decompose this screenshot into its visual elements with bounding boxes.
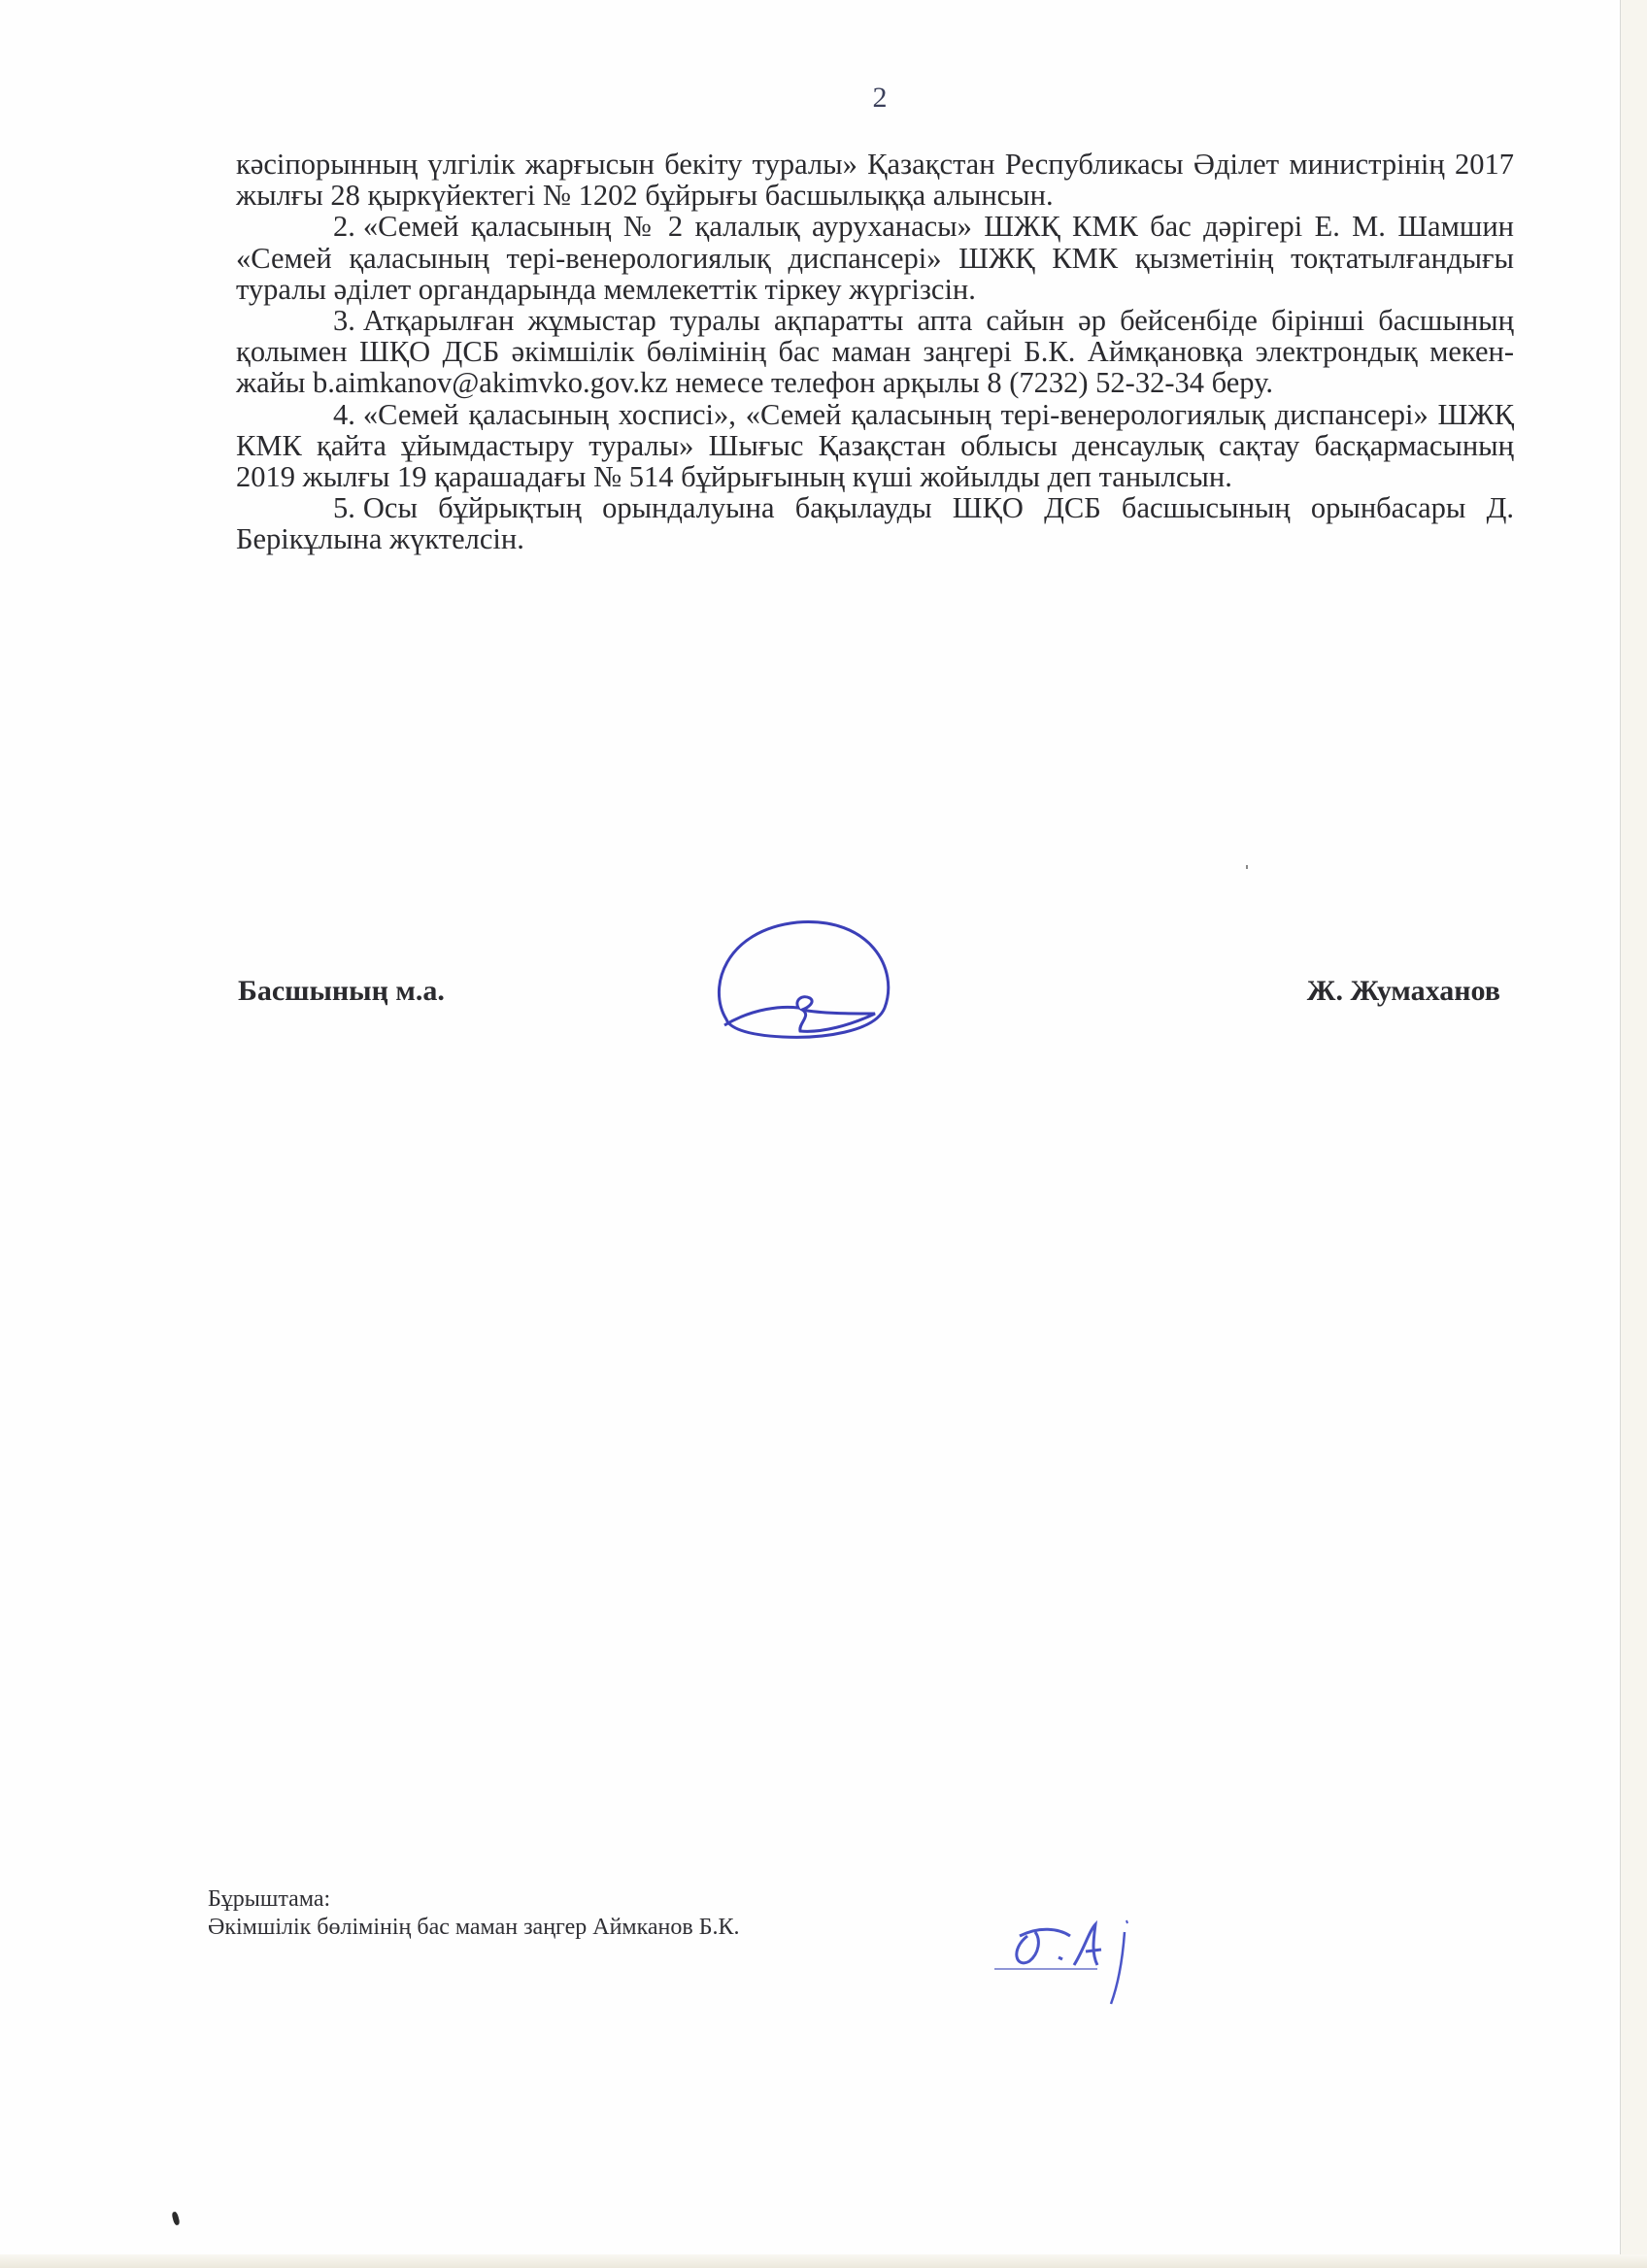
scan-artifact [1246, 865, 1248, 869]
approval-footer: Бұрыштама: Әкімшілік бөлімінің бас маман… [208, 1885, 740, 1942]
document-body: кәсіпорынның үлгілік жарғысын бекіту тур… [236, 149, 1514, 555]
item-number: 2. [333, 210, 355, 243]
footer-approver: Әкімшілік бөлімінің бас маман заңгер Айм… [208, 1914, 740, 1942]
paragraph-item-4: 4.«Семей қаласының хосписі», «Семей қала… [236, 399, 1514, 493]
footer-label: Бұрыштама: [208, 1885, 740, 1914]
scan-page-edge [1620, 0, 1647, 2268]
page-number: 2 [0, 82, 1647, 115]
item-number: 4. [333, 398, 355, 431]
paragraph-text: «Семей қаласының № 2 қалалық ауруханасы»… [236, 210, 1514, 305]
paragraph-text: Атқарылған жұмыстар туралы ақпаратты апт… [236, 304, 1514, 399]
scanned-document-page: 2 кәсіпорынның үлгілік жарғысын бекіту т… [0, 0, 1647, 2268]
handwritten-signature-icon [705, 911, 899, 1047]
paragraph-continuation: кәсіпорынның үлгілік жарғысын бекіту тур… [236, 149, 1514, 211]
scan-artifact [171, 2211, 180, 2225]
paragraph-text: кәсіпорынның үлгілік жарғысын бекіту тур… [236, 148, 1514, 212]
signatory-name: Ж. Жумаханов [1307, 975, 1500, 1008]
paragraph-text: «Семей қаласының хосписі», «Семей қаласы… [236, 398, 1514, 493]
paragraph-item-3: 3.Атқарылған жұмыстар туралы ақпаратты а… [236, 305, 1514, 399]
item-number: 5. [333, 491, 355, 524]
item-number: 3. [333, 304, 355, 337]
approver-signature-icon [981, 1911, 1146, 2008]
scan-bottom-edge [0, 2254, 1647, 2268]
paragraph-item-2: 2.«Семей қаласының № 2 қалалық ауруханас… [236, 211, 1514, 305]
signatory-title: Басшының м.а. [238, 975, 445, 1008]
paragraph-text: Осы бұйрықтың орындалуына бақылауды ШҚО … [236, 491, 1514, 555]
paragraph-item-5: 5.Осы бұйрықтың орындалуына бақылауды ШҚ… [236, 492, 1514, 554]
